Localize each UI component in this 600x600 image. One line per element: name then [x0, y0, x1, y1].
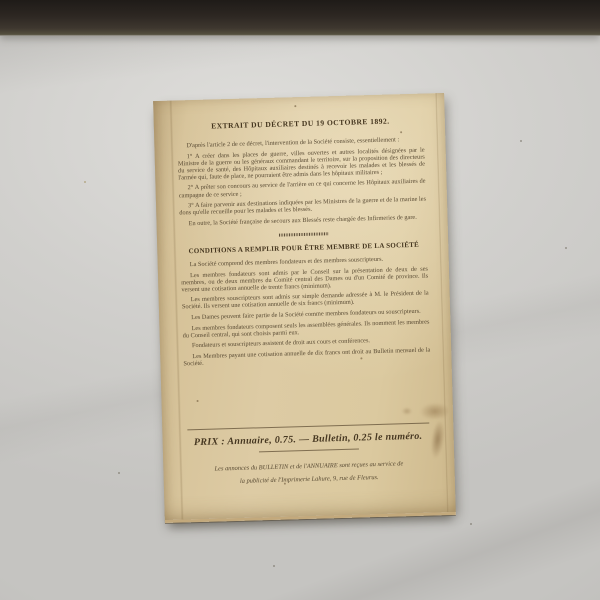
fabric-speck [565, 247, 567, 249]
fabric-speck [84, 181, 86, 183]
printed-page: EXTRAIT DU DÉCRET DU 19 OCTOBRE 1892. D'… [177, 111, 433, 430]
price-footer-block: PRIX : Annuaire, 0.75. — Bulletin, 0.25 … [183, 422, 434, 489]
photograph: EXTRAIT DU DÉCRET DU 19 OCTOBRE 1892. D'… [0, 0, 600, 600]
fabric-speck [520, 140, 522, 142]
conditions-paragraph: Les membres fondateurs sont admis par le… [181, 265, 428, 293]
paper-speck [217, 249, 219, 251]
fabric-speck [470, 523, 472, 525]
decree-title: EXTRAIT DU DÉCRET DU 19 OCTOBRE 1892. [177, 116, 424, 132]
advert-note: Les annonces du BULLETIN et de l'ANNUAIR… [184, 456, 434, 489]
fabric-speck [118, 472, 120, 474]
horizontal-rule-bottom [258, 449, 358, 453]
table-edge-shadow [0, 0, 600, 36]
conditions-paragraph: Les Membres payant une cotisation annuel… [183, 346, 430, 367]
price-line: PRIX : Annuaire, 0.75. — Bulletin, 0.25 … [184, 430, 433, 448]
conditions-title: CONDITIONS A REMPLIR POUR ÊTRE MEMBRE DE… [180, 240, 427, 255]
paper-speck [400, 131, 402, 133]
conditions-paragraphs: La Société comprend des membres fondateu… [181, 254, 431, 367]
paper-speck [284, 483, 286, 485]
decree-items: 1° A créer dans les places de guerre, vi… [178, 146, 427, 217]
ornament-divider [278, 232, 328, 236]
paper-speck [197, 400, 199, 402]
paper-speck [294, 105, 296, 107]
paper-speck [360, 357, 362, 359]
fabric-speck [273, 565, 275, 567]
booklet-back-cover: EXTRAIT DU DÉCRET DU 19 OCTOBRE 1892. D'… [153, 93, 456, 523]
decree-item: 1° A créer dans les places de guerre, vi… [178, 146, 426, 181]
